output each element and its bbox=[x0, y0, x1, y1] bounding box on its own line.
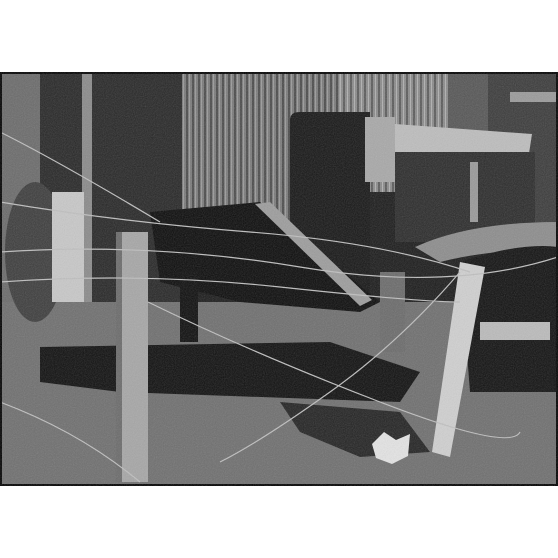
photograph bbox=[0, 72, 558, 486]
